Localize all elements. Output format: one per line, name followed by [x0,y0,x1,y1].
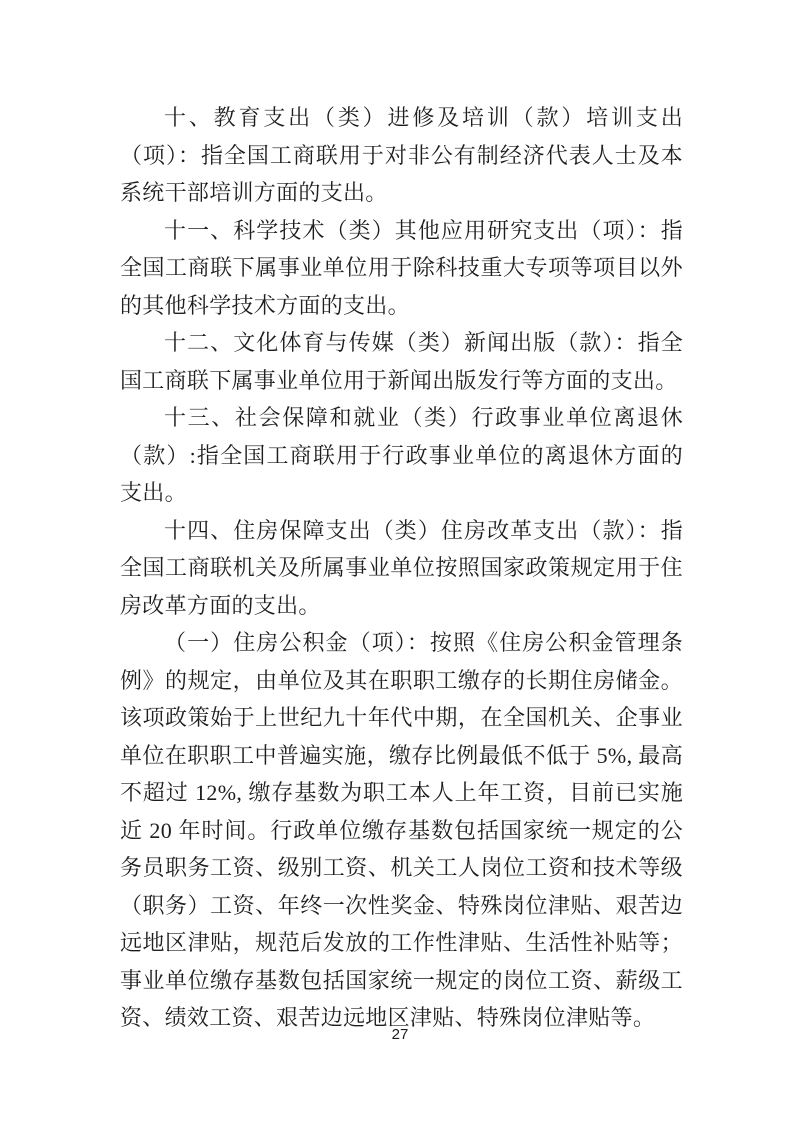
document-page: 十、教育支出（类）进修及培训（款）培训支出（项）：指全国工商联用于对非公有制经济… [0,0,800,1131]
document-body: 十、教育支出（类）进修及培训（款）培训支出（项）：指全国工商联用于对非公有制经济… [120,99,683,1037]
paragraph-10-education-expenditure: 十、教育支出（类）进修及培训（款）培训支出（项）：指全国工商联用于对非公有制经济… [120,99,683,212]
paragraph-11-science-technology-expenditure: 十一、科学技术（类）其他应用研究支出（项）：指全国工商联下属事业单位用于除科技重… [120,212,683,325]
paragraph-housing-fund-item: （一）住房公积金（项）：按照《住房公积金管理条例》的规定，由单位及其在职职工缴存… [120,624,683,1037]
page-number: 27 [0,1026,800,1043]
paragraph-12-culture-media-expenditure: 十二、文化体育与传媒（类）新闻出版（款）：指全国工商联下属事业单位用于新闻出版发… [120,324,683,399]
paragraph-14-housing-security-expenditure: 十四、住房保障支出（类）住房改革支出（款）：指全国工商联机关及所属事业单位按照国… [120,512,683,625]
paragraph-13-social-security-expenditure: 十三、社会保障和就业（类）行政事业单位离退休（款）:指全国工商联用于行政事业单位… [120,399,683,512]
